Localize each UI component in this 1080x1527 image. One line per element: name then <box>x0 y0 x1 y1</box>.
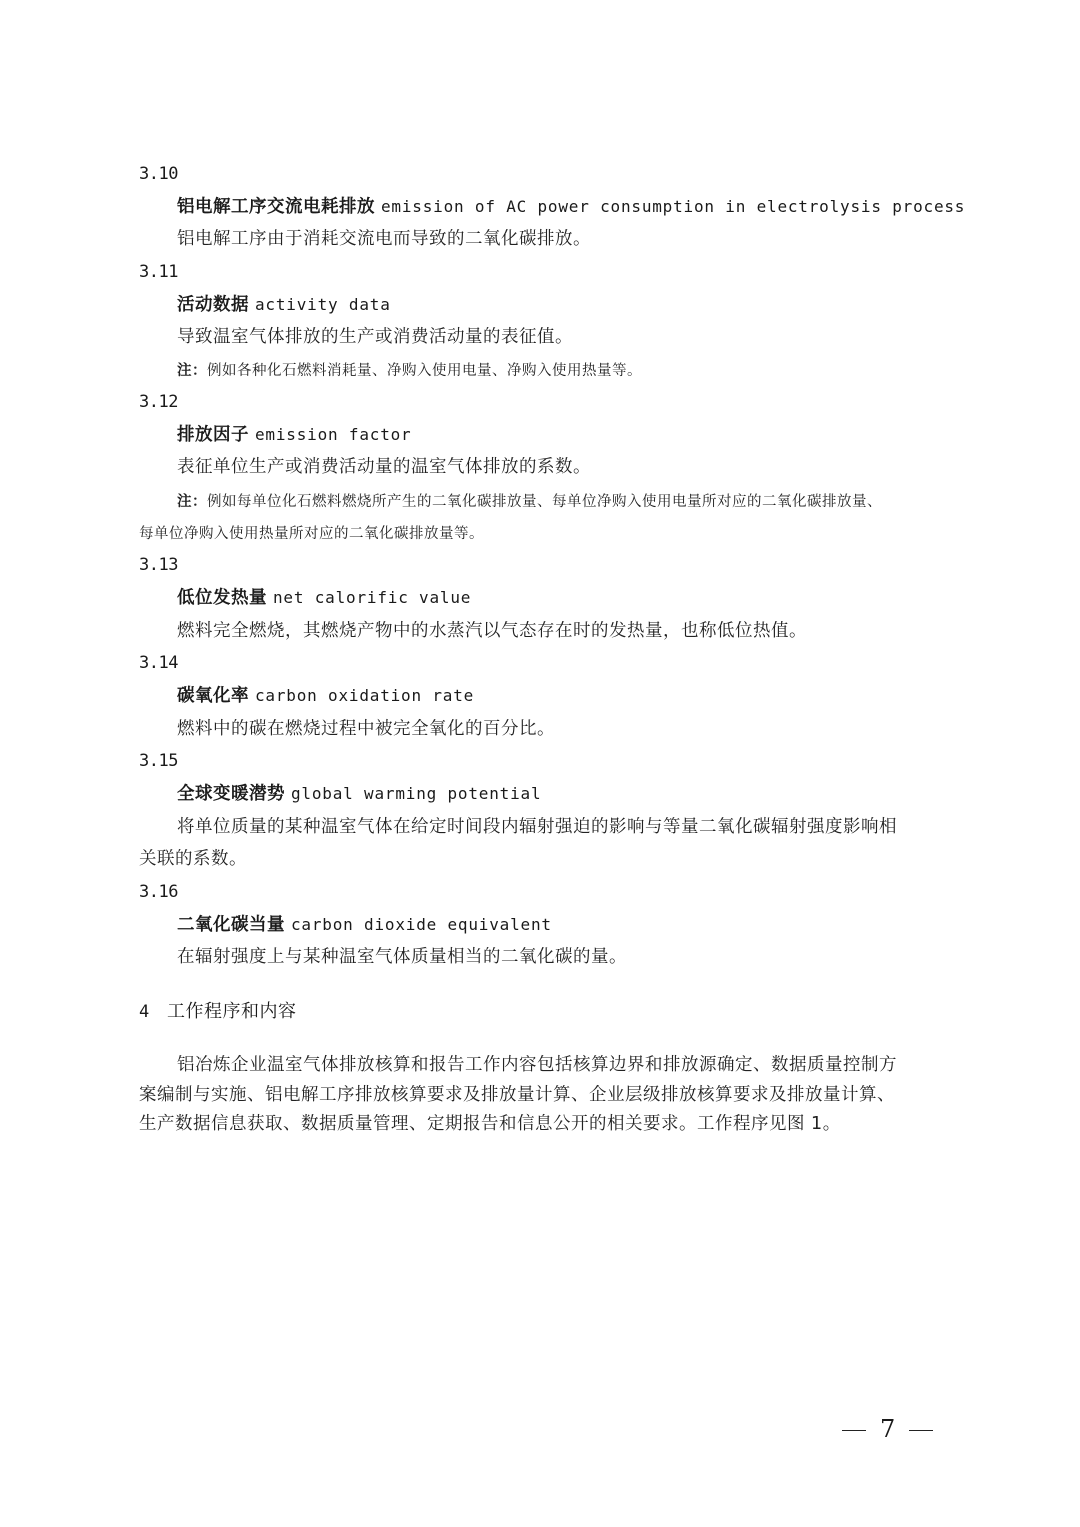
term-heading: 铝电解工序交流电耗排放emission of AC power consumpt… <box>177 195 965 219</box>
term-zh: 碳氧化率 <box>177 686 249 706</box>
term-heading: 排放因子emission factor <box>177 423 412 447</box>
term-heading: 全球变暖潜势global warming potential <box>177 782 541 806</box>
page-number-value: 7 <box>880 1415 895 1443</box>
term-heading: 低位发热量net calorific value <box>177 586 471 610</box>
section-paragraph-line: 生产数据信息获取、数据质量管理、定期报告和信息公开的相关要求。工作程序见图 1。 <box>139 1112 841 1136</box>
term-zh: 排放因子 <box>177 425 249 445</box>
term-definition: 燃料完全燃烧，其燃烧产物中的水蒸汽以气态存在时的发热量，也称低位热值。 <box>177 619 807 643</box>
term-heading: 碳氧化率carbon oxidation rate <box>177 684 474 708</box>
term-definition: 在辐射强度上与某种温室气体质量相当的二氧化碳的量。 <box>177 945 627 969</box>
term-en: activity data <box>255 295 391 314</box>
term-en: carbon oxidation rate <box>255 686 474 705</box>
term-note: 注：例如各种化石燃料消耗量、净购入使用电量、净购入使用热量等。 <box>177 359 642 383</box>
term-en: emission factor <box>255 425 412 444</box>
term-number: 3.10 <box>139 162 178 186</box>
term-definition: 表征单位生产或消费活动量的温室气体排放的系数。 <box>177 455 591 479</box>
term-number: 3.14 <box>139 651 178 675</box>
note-text: 例如各种化石燃料消耗量、净购入使用电量、净购入使用热量等。 <box>207 363 642 379</box>
term-number: 3.11 <box>139 260 178 284</box>
term-zh: 全球变暖潜势 <box>177 784 285 804</box>
term-en: emission of AC power consumption in elec… <box>381 197 965 216</box>
term-en: carbon dioxide equivalent <box>291 915 552 934</box>
term-zh: 低位发热量 <box>177 588 267 608</box>
term-zh: 二氧化碳当量 <box>177 915 285 935</box>
section-paragraph-line: 铝冶炼企业温室气体排放核算和报告工作内容包括核算边界和排放源确定、数据质量控制方 <box>177 1053 897 1077</box>
term-en: global warming potential <box>291 784 541 803</box>
note-text: 例如每单位化石燃料燃烧所产生的二氧化碳排放量、每单位净购入使用电量所对应的二氧化… <box>207 494 882 510</box>
term-definition: 燃料中的碳在燃烧过程中被完全氧化的百分比。 <box>177 717 555 741</box>
term-en: net calorific value <box>273 588 471 607</box>
section-number: 4 <box>139 1000 167 1024</box>
term-number: 3.15 <box>139 749 178 773</box>
term-heading: 二氧化碳当量carbon dioxide equivalent <box>177 913 552 937</box>
term-definition: 导致温室气体排放的生产或消费活动量的表征值。 <box>177 325 573 349</box>
section-paragraph-line: 案编制与实施、铝电解工序排放核算要求及排放量计算、企业层级排放核算要求及排放量计… <box>139 1083 895 1107</box>
page-number: 7 <box>842 1414 933 1444</box>
term-zh: 活动数据 <box>177 295 249 315</box>
dash-right <box>909 1430 933 1432</box>
dash-left <box>842 1430 866 1432</box>
term-heading: 活动数据activity data <box>177 293 391 317</box>
section-title: 工作程序和内容 <box>167 1001 297 1022</box>
term-definition: 将单位质量的某种温室气体在给定时间段内辐射强迫的影响与等量二氧化碳辐射强度影响相 <box>177 815 897 839</box>
document-page: 3.10 铝电解工序交流电耗排放emission of AC power con… <box>0 0 1080 1527</box>
term-definition-continued: 关联的系数。 <box>139 847 247 871</box>
term-number: 3.16 <box>139 880 178 904</box>
term-note-continued: 每单位净购入使用热量所对应的二氧化碳排放量等。 <box>139 522 484 546</box>
term-number: 3.13 <box>139 553 178 577</box>
term-note: 注：例如每单位化石燃料燃烧所产生的二氧化碳排放量、每单位净购入使用电量所对应的二… <box>177 490 882 514</box>
term-zh: 铝电解工序交流电耗排放 <box>177 197 375 217</box>
term-definition: 铝电解工序由于消耗交流电而导致的二氧化碳排放。 <box>177 227 591 251</box>
note-label: 注： <box>177 494 207 510</box>
section-heading: 4工作程序和内容 <box>139 1000 297 1024</box>
term-number: 3.12 <box>139 390 178 414</box>
note-label: 注： <box>177 363 207 379</box>
